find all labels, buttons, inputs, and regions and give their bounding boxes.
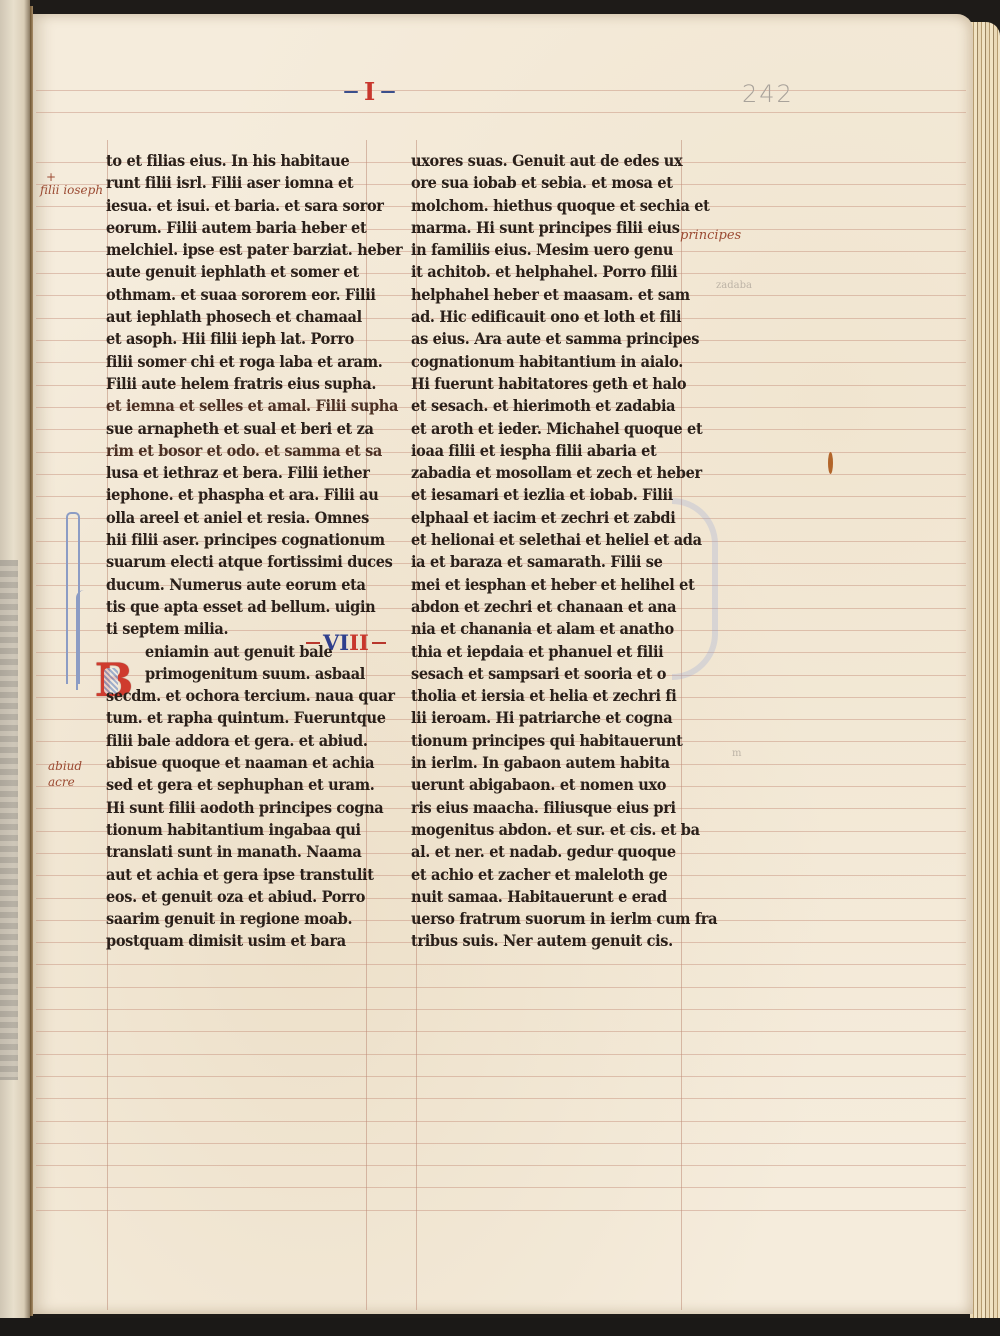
ruling-line [36,1165,966,1166]
ruling-line [36,1143,966,1144]
text-line: rim et bosor et odo. et samma et sa [106,440,357,462]
text-line: olla areel et aniel et resia. Omnes [106,507,357,529]
text-line: ia et baraza et samarath. Filii se [411,551,671,573]
text-line: Filii aute helem fratris eius supha. [106,373,357,395]
text-line: secdm. et ochora tercium. naua quar [106,685,357,707]
text-line: et sesach. et hierimoth et zadabia [411,395,671,417]
text-line: to et filias eius. In his habitaue [106,150,357,172]
text-line: elphaal et iacim et zechri et zabdi [411,507,671,529]
margin-note-left-top: + filii ioseph [40,172,103,198]
text-line: et helionai et selethai et heliel et ada [411,529,671,551]
text-line: ris eius maacha. filiusque eius pri [411,797,671,819]
ruling-line [36,1121,966,1122]
text-line: ore sua iobab et sebia. et mosa et [411,172,671,194]
text-line: et achio et zacher et maleloth ge [411,864,671,886]
text-line: primogenitum suum. asbaal [106,663,357,685]
text-line: sue arnapheth et sual et beri et za [106,418,357,440]
ruling-line [36,112,966,113]
ruling-line [36,1210,966,1211]
text-line: nuit samaa. Habitauerunt e erad [411,886,671,908]
bottom-shadow [0,1318,1000,1336]
text-line: uerso fratrum suorum in ierlm cum fra [411,908,671,930]
text-line: Hi sunt filii aodoth principes cogna [106,797,357,819]
ruling-line [36,964,966,965]
running-header: I [344,80,395,104]
text-line: Hi fuerunt habitatores geth et halo [411,373,671,395]
ruling-line [36,1098,966,1099]
text-line: filii bale addora et gera. et abiud. [106,730,357,752]
ruling-line [36,1076,966,1077]
facing-page-text-bleed [0,560,18,1080]
text-line: et iesamari et iezlia et iobab. Filii [411,484,671,506]
text-line: cognationum habitantium in aialo. [411,351,671,373]
margin-note-cross: + [40,172,103,182]
text-line: ad. Hic edificauit ono et loth et fili [411,306,671,328]
text-line: tum. et rapha quintum. Fueruntque [106,707,357,729]
text-line: translati sunt in manath. Naama [106,841,357,863]
margin-note-line: acre [48,774,82,790]
text-line: molchom. hiethus quoque et sechia et [411,195,671,217]
text-line: abisue quoque et naaman et achia [106,752,357,774]
margin-note-left-bottom: abiud acre [48,758,82,790]
text-line: ti septem milia. [106,618,357,640]
text-line: sed et gera et sephuphan et uram. [106,774,357,796]
text-line: marma. Hi sunt principes filii eius [411,217,671,239]
text-column-left: to et filias eius. In his habitauerunt f… [106,150,376,953]
text-line: iephone. et phaspha et ara. Filii au [106,484,357,506]
margin-note-text: filii ioseph [40,182,103,198]
ruling-line [36,1187,966,1188]
text-line: postquam dimisit usim et bara [106,930,357,952]
text-line: sesach et sampsari et sooria et o [411,663,671,685]
text-line: othmam. et suaa sororem eor. Filii [106,284,357,306]
text-line: et iemna et selles et amal. Filii supha [106,395,357,417]
text-line: in ierlm. In gabaon autem habita [411,752,671,774]
margin-note-right-faint: zadaba [716,278,752,294]
ruling-line [36,1054,966,1055]
parchment-stain [828,452,833,474]
text-line: mogenitus abdon. et sur. et cis. et ba [411,819,671,841]
text-line: eniamin aut genuit bale [106,641,357,663]
text-line: al. et ner. et nadab. gedur quoque [411,841,671,863]
text-line: tribus suis. Ner autem genuit cis. [411,930,671,952]
text-line: iesua. et isui. et baria. et sara soror [106,195,357,217]
text-line: aut et achia et gera ipse transtulit [106,864,357,886]
text-line: zabadia et mosollam et zech et heber [411,462,671,484]
text-line: saarim genuit in regione moab. [106,908,357,930]
text-line: eorum. Filii autem baria heber et [106,217,357,239]
text-line: ducum. Numerus aute eorum eta [106,574,357,596]
ruling-line [36,90,966,91]
running-header-letter: I [364,80,375,104]
text-line: nia et chanania et alam et anatho [411,618,671,640]
margin-note-right-faint-2: m [732,746,741,762]
text-line: it achitob. et helphahel. Porro filii [411,261,671,283]
folio-number: 242 [742,80,794,108]
text-line: et asoph. Hii filii ieph lat. Porro [106,328,357,350]
text-line: hii filii aser. principes cognationum [106,529,357,551]
text-line: abdon et zechri et chanaan et ana [411,596,671,618]
text-line: tis que apta esset ad bellum. uigin [106,596,357,618]
header-flourish-left [344,91,358,93]
text-line: tionum principes qui habitauerunt [411,730,671,752]
text-line: tholia et iersia et helia et zechri fi [411,685,671,707]
text-column-right: uxores suas. Genuit aut de edes uxore su… [411,150,691,953]
text-line: aute genuit iephlath et somer et [106,261,357,283]
text-line: mei et iesphan et heber et helihel et [411,574,671,596]
text-line: uxores suas. Genuit aut de edes ux [411,150,671,172]
text-line: thia et iepdaia et phanuel et filii [411,641,671,663]
text-line: tionum habitantium ingabaa qui [106,819,357,841]
margin-note-line: abiud [48,758,82,774]
text-line: ioaa filii et iespha filii abaria et [411,440,671,462]
text-line: suarum electi atque fortissimi duces [106,551,357,573]
text-line: et aroth et ieder. Michahel quoque et [411,418,671,440]
ruling-line [36,1009,966,1010]
text-line: lusa et iethraz et bera. Filii iether [106,462,357,484]
fore-edge-pages [970,22,1000,1318]
text-line: as eius. Ara aute et samma principes [411,328,671,350]
text-line: aut iephlath phosech et chamaal [106,306,357,328]
text-line: in familiis eius. Mesim uero genu [411,239,671,261]
ruling-line [36,987,966,988]
text-line: eos. et genuit oza et abiud. Porro [106,886,357,908]
text-line: uerunt abigabaon. et nomen uxo [411,774,671,796]
ruling-line [36,1031,966,1032]
header-flourish-right [381,91,395,93]
text-line: melchiel. ipse est pater barziat. heber [106,239,357,261]
text-line: lii ieroam. Hi patriarche et cogna [411,707,671,729]
facing-page-edge [0,0,30,1318]
text-line: filii somer chi et roga laba et aram. [106,351,357,373]
text-line: runt filii isrl. Filii aser iomna et [106,172,357,194]
text-line: helphahel heber et maasam. et sam [411,284,671,306]
